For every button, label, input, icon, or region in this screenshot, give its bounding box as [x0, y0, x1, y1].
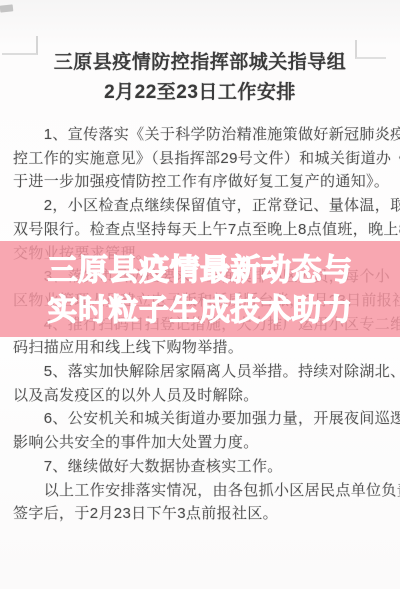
caption-overlay: 三原县疫情最新动态与 实时粒子生成技术助力 [0, 241, 400, 337]
document-title-line-2: 2月22至23日工作安排 [0, 78, 400, 108]
document-line: 5、落实加快解除居家隔离人员举措。持续对除湖北、武汉 [13, 360, 388, 384]
document-line: 以上工作安排落实情况，由各包抓小区居民点单位负责人 [13, 479, 388, 503]
document-line: 6、公安机关和城关街道办要加强力量，开展夜间巡逻，对 [13, 407, 388, 431]
photographed-document: 三原县疫情防控指挥部城关指导组 2月22至23日工作安排 1、宣传落实《关于科学… [0, 0, 400, 589]
document-line: 2，小区检查点继续保留值守，正常登记、量体温，取消单 [13, 194, 388, 218]
document-title-line-1: 三原县疫情防控指挥部城关指导组 [0, 48, 400, 78]
document-line: 影响公共安全的事件加大处置力度。 [13, 431, 388, 455]
document-line: 于进一步加强疫情防控工作有序做好复工复产的通知》。 [13, 170, 388, 194]
caption-line-1: 三原县疫情最新动态与 [48, 251, 353, 291]
document-line: 7、继续做好大数据协查核实工作。 [13, 455, 388, 479]
document-title: 三原县疫情防控指挥部城关指导组 2月22至23日工作安排 [0, 48, 400, 108]
document-line: 以及高发疫区的以外人员及时解除。 [13, 384, 388, 408]
document-line: 控工作的实施意见》（县指挥部29号文件）和城关街道办《关 [13, 147, 388, 171]
document-line: 1、宣传落实《关于科学防治精准施策做好新冠肺炎疫情防 [13, 123, 388, 147]
document-line: 双号限行。检查点坚持每天上午7点至晚上8点值班，晚上8点后 [13, 218, 388, 242]
photo-artifact [0, 4, 13, 12]
document-line: 码扫描应用和线上线下购物举措。 [13, 336, 388, 360]
caption-line-2: 实时粒子生成技术助力 [48, 291, 353, 331]
document-line: 签字后，于2月23日下午3点前报社区。 [13, 502, 388, 526]
